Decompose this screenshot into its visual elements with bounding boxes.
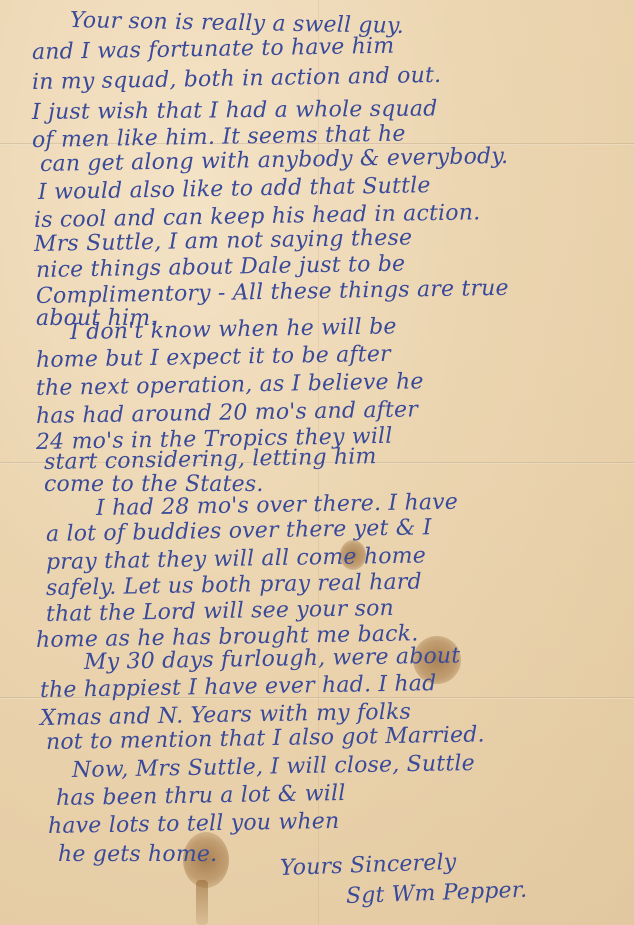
letter-line: I just wish that I had a whole squad xyxy=(32,96,438,125)
letter-line: a lot of buddies over there yet & I xyxy=(46,515,432,547)
letter-closing: Yours Sincerely xyxy=(280,850,457,881)
letter-line: I don't know when he will be xyxy=(70,314,397,345)
letter-line: in my squad, both in action and out. xyxy=(32,63,442,95)
letter-line: have lots to tell you when xyxy=(48,809,340,839)
letter-page: Your son is really a swell guy. and I wa… xyxy=(0,0,634,925)
letter-line: and I was fortunate to have him xyxy=(32,34,395,65)
stain-drip xyxy=(196,880,208,925)
letter-line: home but I expect it to be after xyxy=(36,342,391,373)
letter-signature: Sgt Wm Pepper. xyxy=(346,878,528,909)
letter-line: Now, Mrs Suttle, I will close, Suttle xyxy=(72,751,475,783)
letter-line: has been thru a lot & will xyxy=(56,781,346,811)
letter-line: the next operation, as I believe he xyxy=(36,369,424,401)
letter-line: I would also like to add that Suttle xyxy=(38,173,431,205)
letter-line: start considering, letting him xyxy=(44,444,377,475)
letter-line: he gets home. xyxy=(58,842,217,867)
letter-line: My 30 days furlough, were about xyxy=(84,643,461,675)
